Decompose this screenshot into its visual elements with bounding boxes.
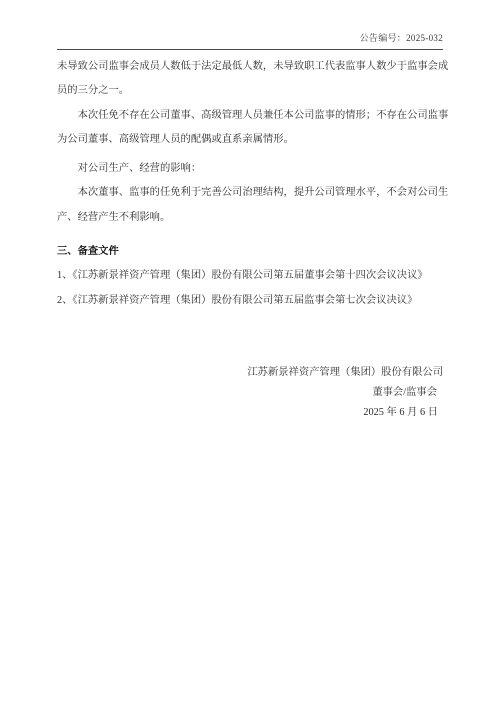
reference-item-2: 2、《江苏新景祥资产管理（集团）股份有限公司第五届监事会第七次会议决议》 (57, 289, 453, 314)
paragraph-4-line-2: 产、经营产生不利影响。 (57, 206, 453, 231)
paragraph-2-line-1: 本次任免不存在公司董事、高级管理人员兼任本公司监事的情形；不存在公司监事 (57, 104, 453, 129)
reference-item-1: 1、《江苏新景祥资产管理（集团）股份有限公司第五届董事会第十四次会议决议》 (57, 264, 453, 289)
section-heading-reference-documents: 三、备查文件 (57, 240, 453, 265)
signature-block: 江苏新景祥资产管理（集团）股份有限公司 董事会/监事会 2025 年 6 月 6… (247, 363, 443, 423)
header-divider (57, 49, 443, 50)
paragraph-3-line-1: 对公司生产、经营的影响： (57, 157, 453, 182)
signature-company-name: 江苏新景祥资产管理（集团）股份有限公司 (247, 363, 443, 383)
paragraph-1-line-2: 员的三分之一。 (57, 79, 453, 104)
document-page: 公告编号：2025-032 未导致公司监事会成员人数低于法定最低人数，未导致职工… (0, 0, 500, 707)
document-body: 未导致公司监事会成员人数低于法定最低人数，未导致职工代表监事人数少于监事会成 员… (57, 55, 453, 314)
paragraph-4-line-1: 本次董事、监事的任免利于完善公司治理结构，提升公司管理水平，不会对公司生 (57, 181, 453, 206)
paragraph-1-line-1: 未导致公司监事会成员人数低于法定最低人数，未导致职工代表监事人数少于监事会成 (57, 55, 453, 80)
signature-signer: 董事会/监事会 (247, 383, 443, 403)
announcement-number: 公告编号：2025-032 (360, 31, 443, 44)
paragraph-2-line-2: 为公司董事、高级管理人员的配偶或直系亲属情形。 (57, 128, 453, 153)
signature-date: 2025 年 6 月 6 日 (247, 403, 443, 423)
